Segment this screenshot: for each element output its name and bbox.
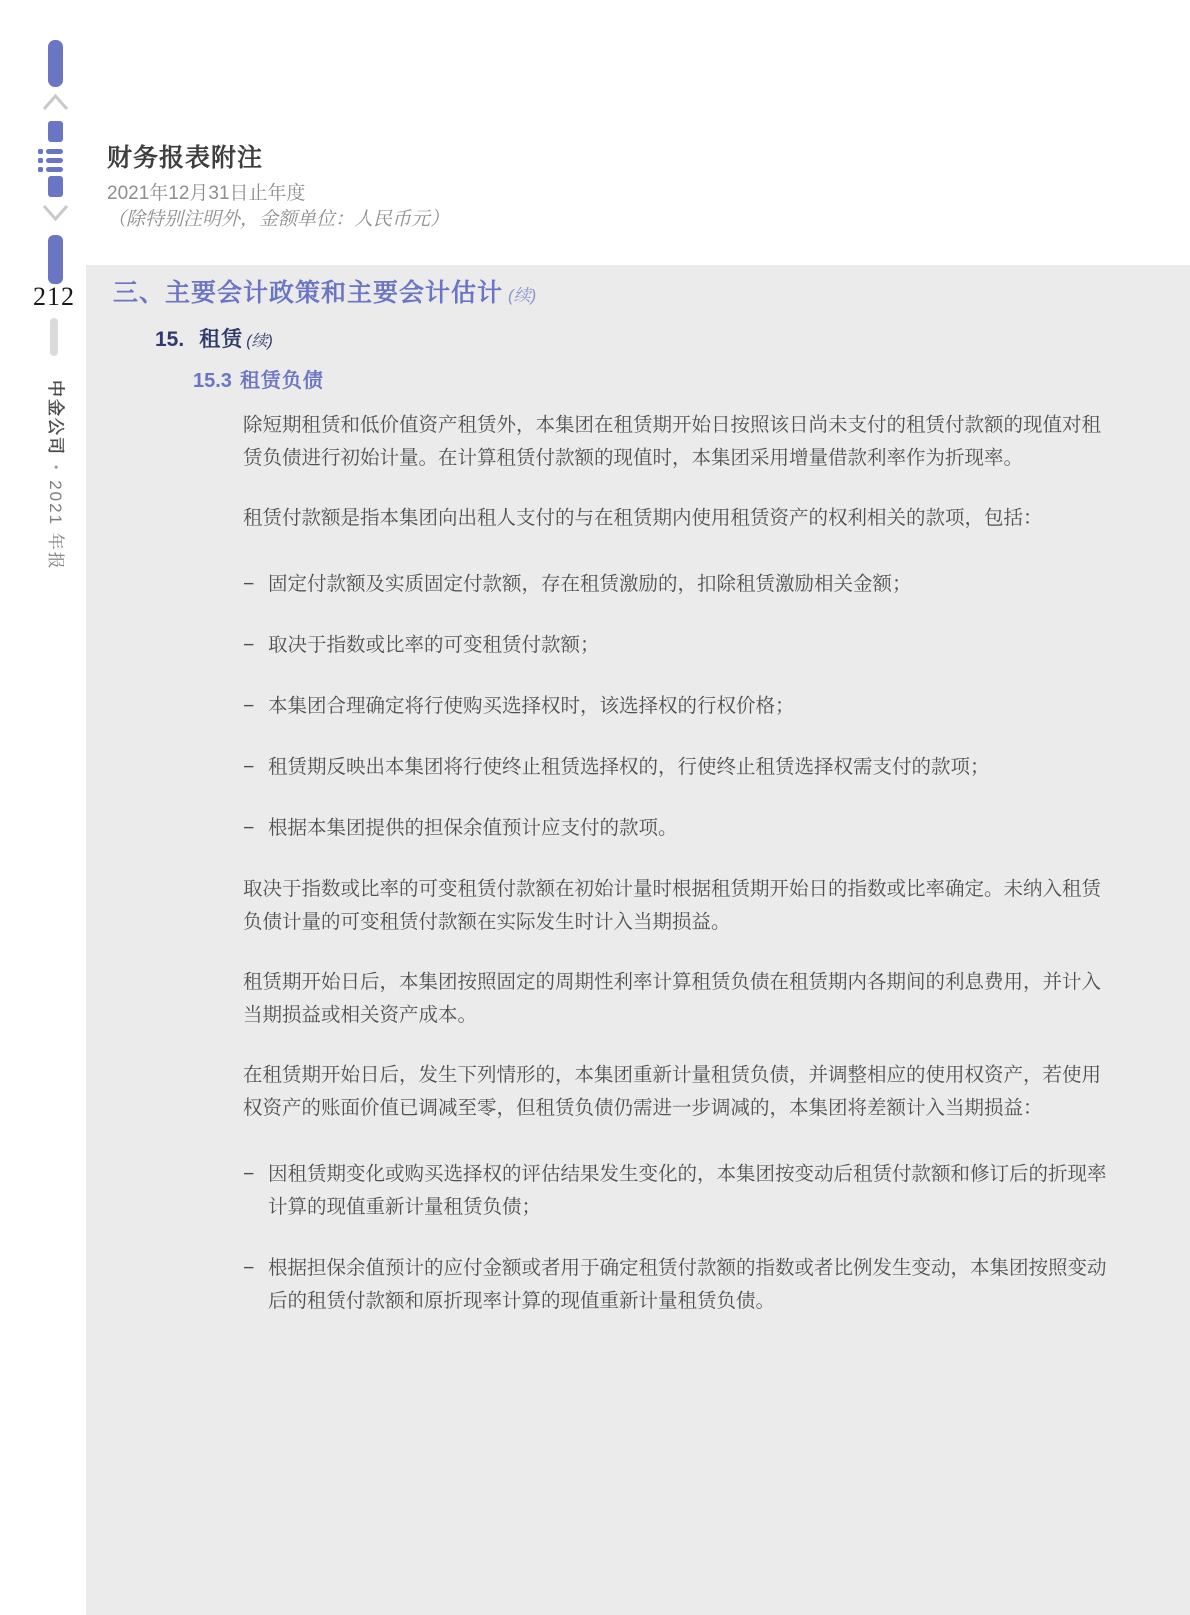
list-item: − 因租赁期变化或购买选择权的评估结果发生变化的，本集团按变动后租赁付款额和修订… bbox=[243, 1158, 1107, 1224]
bullet-dash: − bbox=[243, 1252, 268, 1318]
bullet-dash: − bbox=[243, 568, 268, 601]
paragraph: 租赁付款额是指本集团向出租人支付的与在租赁期内使用租赁资产的权利相关的款项，包括… bbox=[243, 502, 1107, 535]
subsection-number: 15. bbox=[155, 327, 184, 353]
bullet-dash: − bbox=[243, 690, 268, 723]
spine-bullet: • bbox=[49, 465, 63, 471]
clause-title: 租赁负债 bbox=[240, 369, 324, 394]
list-item-text: 根据本集团提供的担保余值预计应支付的款项。 bbox=[268, 812, 1107, 845]
clause-heading: 15.3 租赁负债 bbox=[193, 369, 1190, 394]
section-heading-continued: (续) bbox=[508, 281, 536, 311]
paragraph: 取决于指数或比率的可变租赁付款额在初始计量时根据租赁期开始日的指数或比率确定。未… bbox=[243, 873, 1107, 939]
page-title: 财务报表附注 bbox=[107, 144, 449, 174]
body-text-column: 除短期租赁和低价值资产租赁外，本集团在租赁期开始日按照该日尚未支付的租赁付款额的… bbox=[243, 409, 1107, 1318]
spine-year: 2021 年报 bbox=[46, 480, 65, 571]
list-item: − 根据本集团提供的担保余值预计应支付的款项。 bbox=[243, 812, 1107, 845]
list-item: − 根据担保余值预计的应付金额或者用于确定租赁付款额的指数或者比例发生变动，本集… bbox=[243, 1252, 1107, 1318]
list-item-text: 本集团合理确定将行使购买选择权时，该选择权的行权价格； bbox=[268, 690, 1107, 723]
list-item: − 本集团合理确定将行使购买选择权时，该选择权的行权价格； bbox=[243, 690, 1107, 723]
bullet-dash: − bbox=[243, 751, 268, 784]
chevron-down-icon bbox=[42, 203, 69, 228]
spine-company: 中金公司 bbox=[46, 380, 65, 456]
bullet-dash: − bbox=[243, 812, 268, 845]
currency-note: （除特别注明外，金额单位：人民币元） bbox=[107, 209, 449, 231]
section-heading-text: 三、主要会计政策和主要会计估计 bbox=[113, 278, 503, 308]
list-item: − 租赁期反映出本集团将行使终止租赁选择权的，行使终止租赁选择权需支付的款项； bbox=[243, 751, 1107, 784]
list-item-text: 固定付款额及实质固定付款额，存在租赁激励的，扣除租赁激励相关金额； bbox=[268, 568, 1107, 601]
chevron-up-icon bbox=[42, 92, 69, 117]
list-icon bbox=[38, 149, 68, 176]
document-header: 财务报表附注 2021年12月31日止年度 （除特别注明外，金额单位：人民币元） bbox=[107, 144, 449, 231]
subsection-title: 租赁 bbox=[199, 327, 243, 353]
page-number-tick bbox=[50, 318, 58, 356]
section-heading: 三、主要会计政策和主要会计估计 (续) bbox=[113, 278, 1190, 311]
rail-bar-small-2 bbox=[48, 176, 63, 197]
list-item-text: 因租赁期变化或购买选择权的评估结果发生变化的，本集团按变动后租赁付款额和修订后的… bbox=[268, 1158, 1107, 1224]
list-item: − 固定付款额及实质固定付款额，存在租赁激励的，扣除租赁激励相关金额； bbox=[243, 568, 1107, 601]
rail-bar-top bbox=[48, 40, 63, 87]
spine-text: 中金公司•2021 年报 bbox=[45, 380, 66, 571]
bullet-dash: − bbox=[243, 629, 268, 662]
list-item-text: 租赁期反映出本集团将行使终止租赁选择权的，行使终止租赁选择权需支付的款项； bbox=[268, 751, 1107, 784]
list-item: − 取决于指数或比率的可变租赁付款额； bbox=[243, 629, 1107, 662]
period-subtitle: 2021年12月31日止年度 bbox=[107, 183, 449, 205]
page-number: 212 bbox=[30, 282, 78, 312]
paragraph: 除短期租赁和低价值资产租赁外，本集团在租赁期开始日按照该日尚未支付的租赁付款额的… bbox=[243, 409, 1107, 475]
paragraph: 在租赁期开始日后，发生下列情形的，本集团重新计量租赁负债，并调整相应的使用权资产… bbox=[243, 1059, 1107, 1125]
rail-bar-bottom bbox=[48, 235, 63, 284]
content-panel: 三、主要会计政策和主要会计估计 (续) 15. 租赁 (续) 15.3 租赁负债… bbox=[86, 265, 1190, 1615]
list-item-text: 取决于指数或比率的可变租赁付款额； bbox=[268, 629, 1107, 662]
bullet-dash: − bbox=[243, 1158, 268, 1224]
paragraph: 租赁期开始日后，本集团按照固定的周期性利率计算租赁负债在租赁期内各期间的利息费用… bbox=[243, 966, 1107, 1032]
clause-number: 15.3 bbox=[193, 369, 232, 394]
rail-bar-small-1 bbox=[48, 121, 63, 142]
subsection-heading: 15. 租赁 (续) bbox=[155, 327, 1190, 355]
list-item-text: 根据担保余值预计的应付金额或者用于确定租赁付款额的指数或者比例发生变动，本集团按… bbox=[268, 1252, 1107, 1318]
report-page: 212 中金公司•2021 年报 财务报表附注 2021年12月31日止年度 （… bbox=[0, 0, 1190, 1615]
subsection-continued: (续) bbox=[246, 329, 273, 355]
